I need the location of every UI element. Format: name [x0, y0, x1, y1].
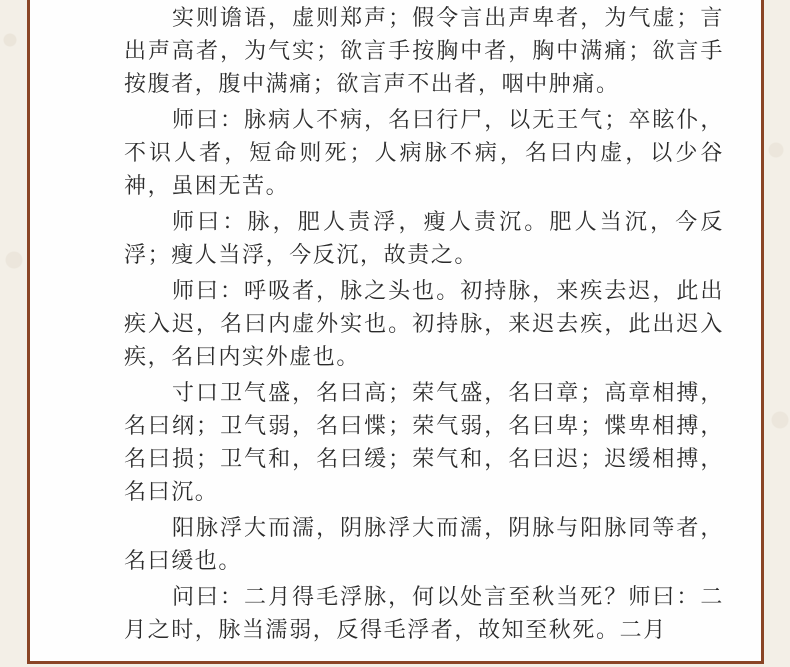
- page-frame: 实则谵语，虚则郑声；假令言出声卑者，为气虚；言出声高者，为气实；欲言手按胸中者，…: [27, 0, 764, 664]
- paragraph: 师曰：呼吸者，脉之头也。初持脉，来疾去迟，此出疾入迟，名曰内虚外实也。初持脉，来…: [124, 275, 724, 374]
- paragraph: 师曰：脉病人不病，名曰行尸，以无王气；卒眩仆，不识人者，短命则死；人病脉不病，名…: [124, 104, 724, 203]
- paragraph: 问曰：二月得毛浮脉，何以处言至秋当死？师曰：二月之时，脉当濡弱，反得毛浮者，故知…: [124, 581, 724, 647]
- paragraph: 实则谵语，虚则郑声；假令言出声卑者，为气虚；言出声高者，为气实；欲言手按胸中者，…: [124, 2, 724, 101]
- paragraph: 寸口卫气盛，名曰高；荣气盛，名曰章；高章相搏，名曰纲；卫气弱，名曰惵；荣气弱，名…: [124, 377, 724, 509]
- paragraph: 师曰：脉，肥人责浮，瘦人责沉。肥人当沉，今反浮；瘦人当浮，今反沉，故责之。: [124, 206, 724, 272]
- document-body: 实则谵语，虚则郑声；假令言出声卑者，为气虚；言出声高者，为气实；欲言手按胸中者，…: [124, 2, 724, 650]
- paragraph: 阳脉浮大而濡，阴脉浮大而濡，阴脉与阳脉同等者，名曰缓也。: [124, 512, 724, 578]
